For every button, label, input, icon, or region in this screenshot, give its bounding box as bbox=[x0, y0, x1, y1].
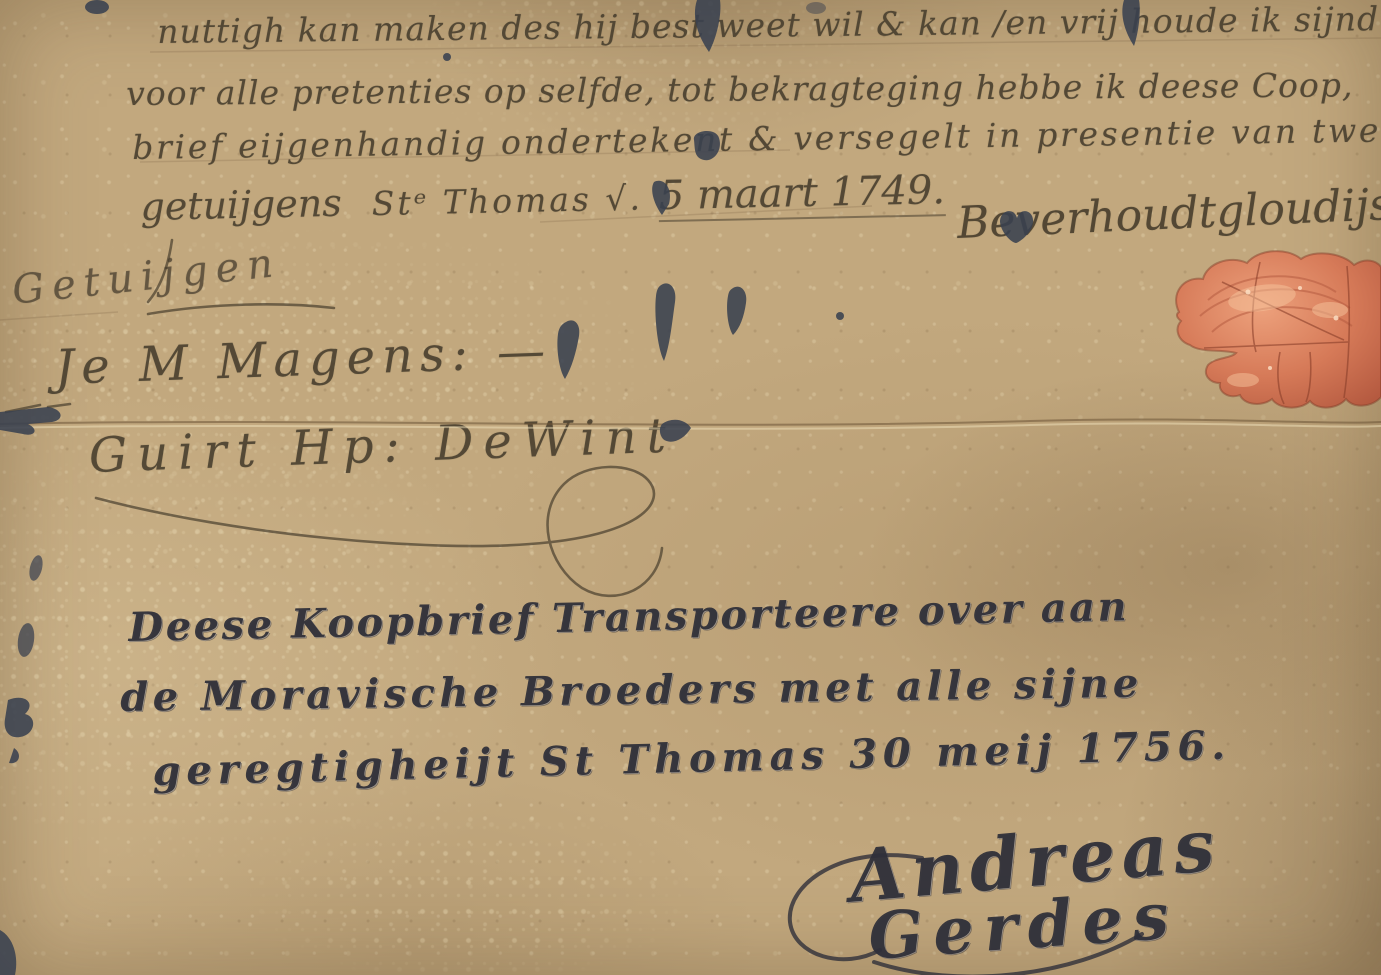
witnesses-heading: Getuijgen bbox=[10, 240, 283, 314]
witness-magens: Je M Magens: — bbox=[54, 323, 553, 396]
red-wax-seal bbox=[1176, 251, 1381, 407]
endorsement-line-3: geregtigheijt St Thomas 30 meij 1756. bbox=[152, 722, 1231, 795]
paper-texture bbox=[250, 810, 690, 975]
endorsement-line-1: Deese Koopbrief Transporteere over aan bbox=[128, 583, 1130, 651]
deed-line-2: voor alle pretenties op selfde, tot bekr… bbox=[126, 65, 1354, 113]
deed-line-1: nuttigh kan maken des hij best weet wil … bbox=[157, 0, 1381, 51]
dateline-place: Stᵉ Thomas √. bbox=[371, 178, 643, 223]
manuscript-page: nuttigh kan maken des hij best weet wil … bbox=[0, 0, 1381, 975]
endorsement-line-2: de Moravische Broeders met alle sijne bbox=[120, 660, 1143, 721]
deed-dateline: getuijgensStᵉ Thomas √.5 maart 1749. bbox=[140, 167, 945, 230]
signature-beverhoudt: Beverhoudtgloudijsz bbox=[956, 178, 1381, 249]
dateline-word: getuijgens bbox=[140, 181, 342, 229]
dateline-date: 5 maart 1749. bbox=[658, 167, 945, 222]
witness-dewint: Guirt Hp: DeWint bbox=[88, 408, 677, 484]
deed-line-3: brief eijgenhandig ondertekent & versege… bbox=[132, 110, 1381, 167]
